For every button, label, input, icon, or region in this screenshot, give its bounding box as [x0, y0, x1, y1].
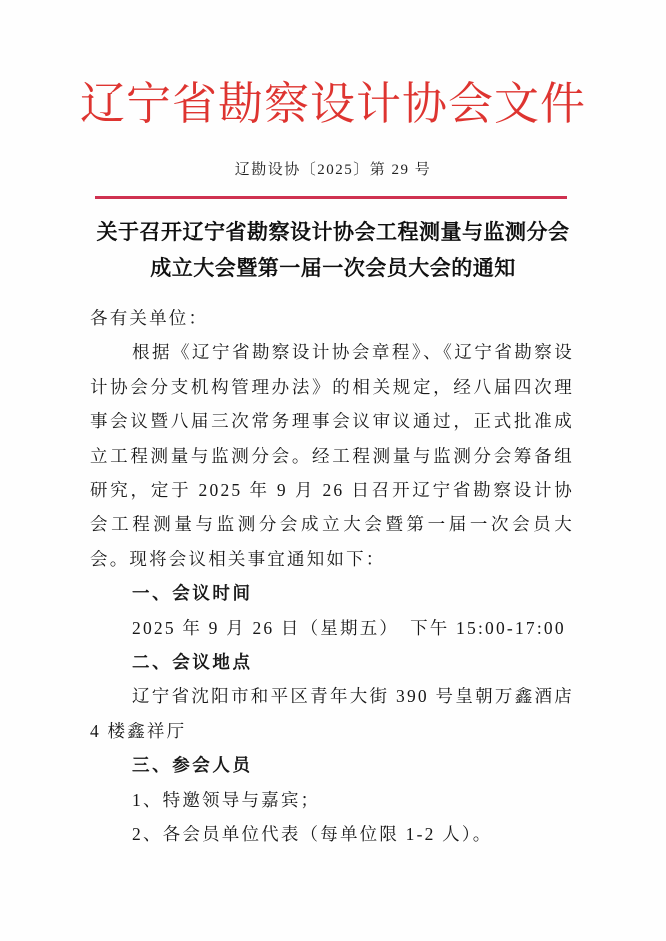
body-paragraph: 各有关单位：	[90, 301, 574, 335]
body-paragraph: 一、会议时间	[90, 576, 574, 610]
notice-title: 关于召开辽宁省勘察设计协会工程测量与监测分会 成立大会暨第一届一次会员大会的通知	[30, 214, 636, 286]
body-paragraph: 2025 年 9 月 26 日（星期五） 下午 15:00-17:00	[90, 611, 574, 645]
body-paragraph: 三、参会人员	[90, 748, 574, 782]
body-paragraph: 1、特邀领导与嘉宾；	[90, 783, 574, 817]
body-paragraph: 根据《辽宁省勘察设计协会章程》、《辽宁省勘察设计协会分支机构管理办法》的相关规定…	[90, 335, 574, 576]
doc-number: 辽勘设协〔2025〕第 29 号	[0, 158, 666, 179]
notice-title-line-2: 成立大会暨第一届一次会员大会的通知	[30, 250, 636, 286]
document-body: 各有关单位：根据《辽宁省勘察设计协会章程》、《辽宁省勘察设计协会分支机构管理办法…	[90, 301, 574, 852]
body-paragraph: 二、会议地点	[90, 645, 574, 679]
red-divider-rule	[95, 196, 567, 199]
body-paragraph: 辽宁省沈阳市和平区青年大街 390 号皇朝万鑫酒店 4 楼鑫祥厅	[90, 679, 574, 748]
body-paragraph: 2、各会员单位代表（每单位限 1-2 人）。	[90, 817, 574, 851]
masthead-title: 辽宁省勘察设计协会文件	[0, 67, 666, 132]
document-page: 辽宁省勘察设计协会文件 辽勘设协〔2025〕第 29 号 关于召开辽宁省勘察设计…	[0, 0, 666, 941]
notice-title-line-1: 关于召开辽宁省勘察设计协会工程测量与监测分会	[30, 214, 636, 250]
